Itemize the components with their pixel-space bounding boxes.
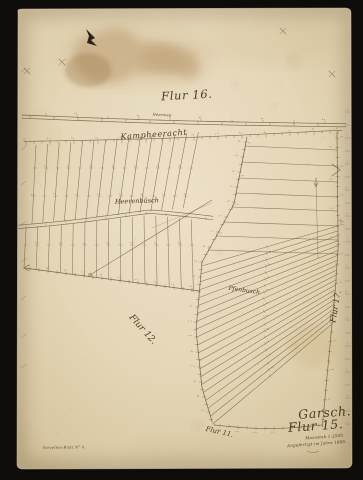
- road-name-label: Heerweg: [151, 112, 171, 118]
- cadastral-map-scan: Flur 16. Heerweg Kampheeracht Heerenbüsc…: [0, 0, 363, 480]
- heerenbusch-label: Heerenbüsch: [114, 196, 159, 206]
- footnote-label: Parzellen-Blatt N° 6.: [42, 445, 86, 450]
- flur-16-label: Flur 16.: [160, 87, 213, 104]
- scanned-map-page: Flur 16. Heerweg Kampheeracht Heerenbüsc…: [0, 0, 363, 480]
